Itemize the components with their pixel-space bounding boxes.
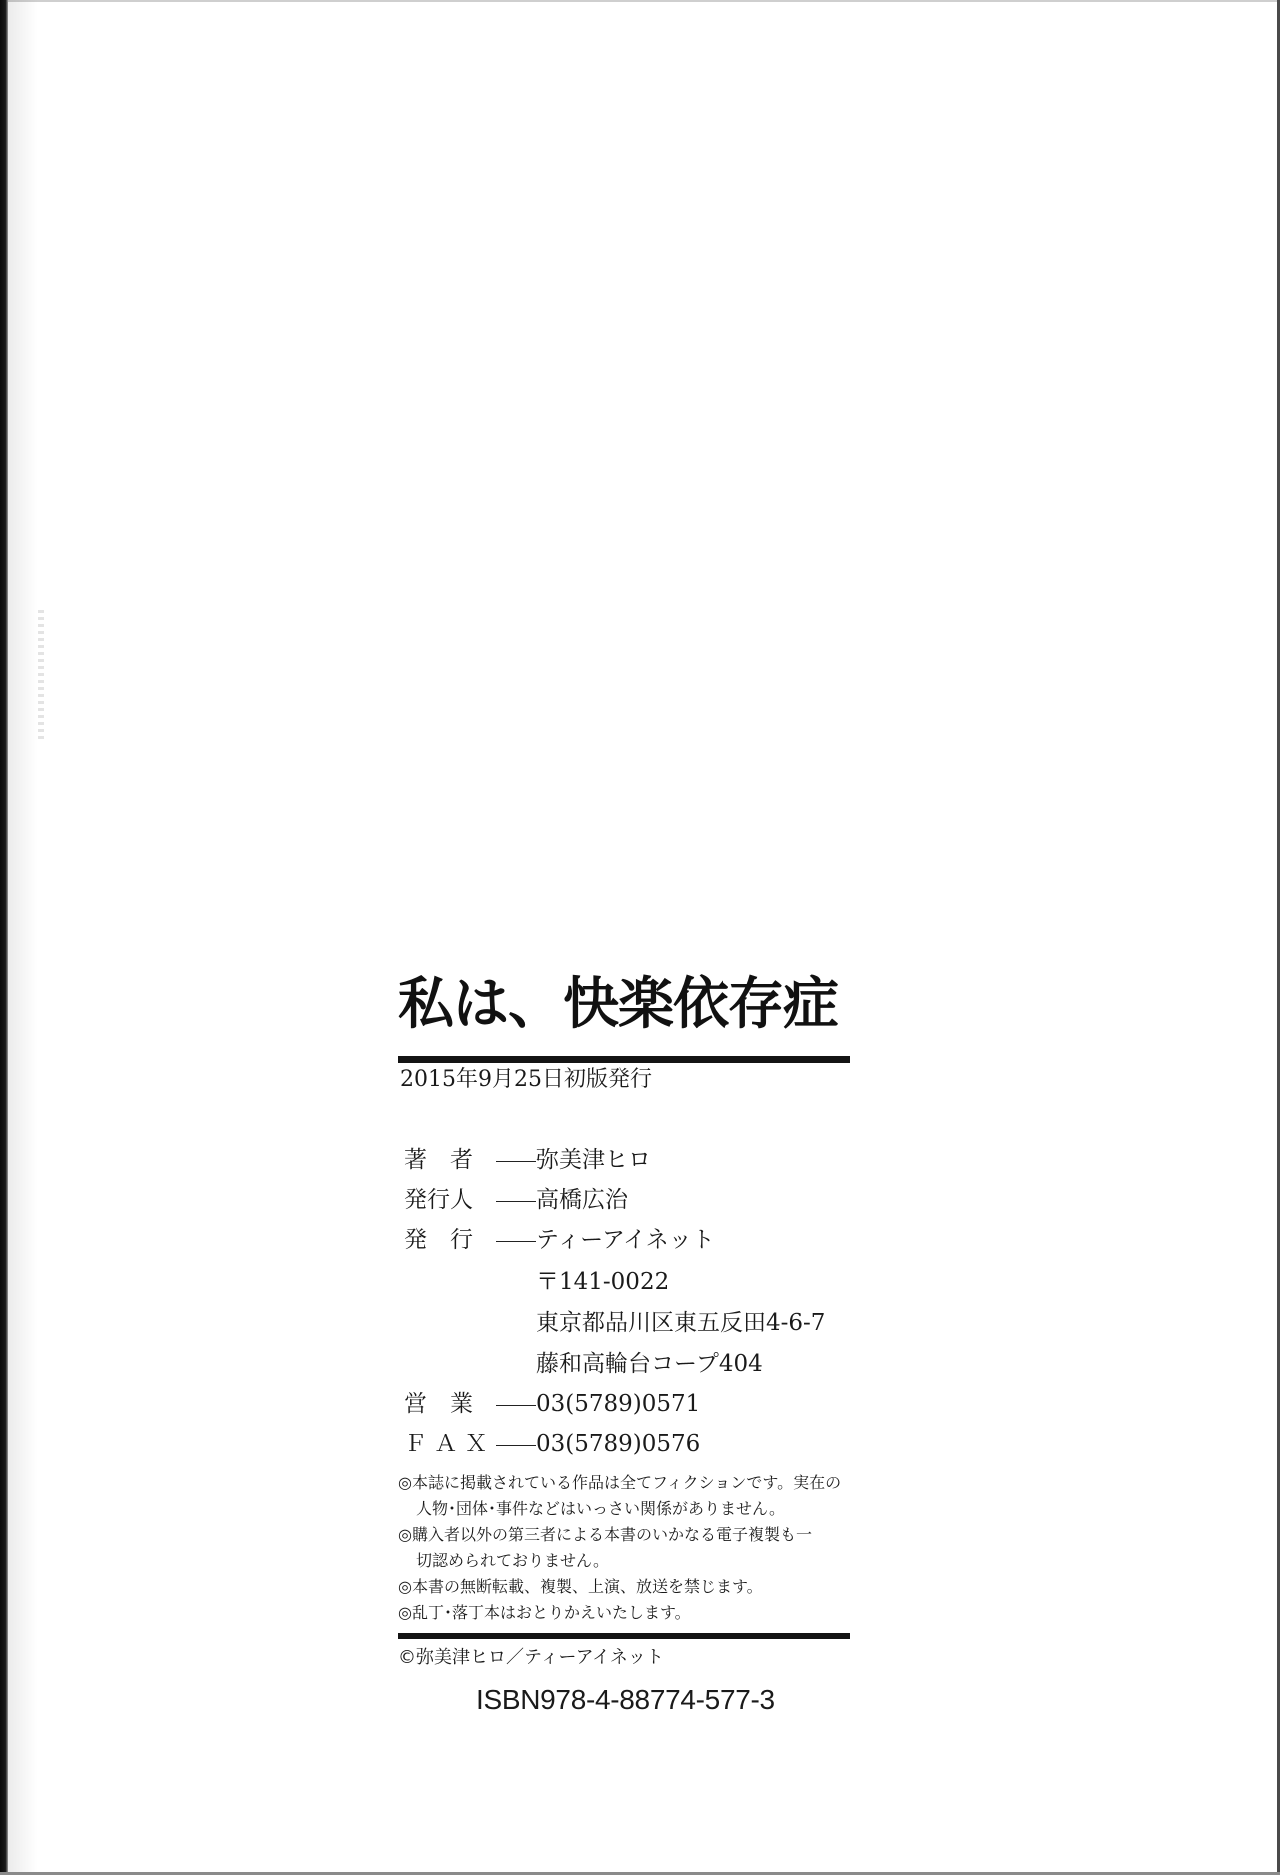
isbn: ISBN978-4-88774-577-3 — [476, 1684, 775, 1716]
credit-value: ティーアイネット — [536, 1226, 715, 1254]
contact-row-sales: 営 業03(5789)0571 — [404, 1390, 700, 1418]
credit-row-author: 著 者弥美津ヒロ — [404, 1146, 651, 1174]
copyright-line: ©弥美津ヒロ／ティーアイネット — [398, 1646, 664, 1670]
address-line-1: 東京都品川区東五反田4-6-7 — [404, 1309, 825, 1337]
notice-text-continued: 切認められておりません。 — [398, 1548, 850, 1574]
binding-shadow — [8, 0, 38, 1875]
notice-defects: ◎乱丁･落丁本はおとりかえいたします。 — [398, 1600, 850, 1626]
credit-value: 弥美津ヒロ — [536, 1146, 651, 1174]
postal-code: 〒141-0022 — [536, 1268, 669, 1296]
page-edge-top — [0, 0, 1280, 2]
notice-text: ◎乱丁･落丁本はおとりかえいたします。 — [398, 1603, 691, 1622]
contact-value: 03(5789)0571 — [536, 1390, 700, 1418]
legal-notices: ◎本誌に掲載されている作品は全てフィクションです。実在の 人物･団体･事件などは… — [398, 1470, 850, 1626]
footer-rule — [398, 1633, 850, 1639]
credit-label: 発行人 — [404, 1186, 496, 1214]
credit-row-publisher: 発 行ティーアイネット — [404, 1226, 715, 1254]
notice-reproduction: ◎本書の無断転載、複製、上演、放送を禁じます。 — [398, 1574, 850, 1600]
page-edge-binding — [0, 0, 8, 1875]
credit-label: 著 者 — [404, 1146, 496, 1174]
contact-value: 03(5789)0576 — [536, 1430, 700, 1458]
leader-dash — [496, 1161, 536, 1162]
address-line-2: 藤和高輪台コープ404 — [404, 1350, 763, 1378]
contact-label: 営 業 — [404, 1390, 496, 1418]
scan-artifact — [38, 610, 44, 740]
notice-text-continued: 人物･団体･事件などはいっさい関係がありません。 — [398, 1496, 850, 1522]
address-text: 藤和高輪台コープ404 — [536, 1350, 763, 1378]
leader-dash — [496, 1241, 536, 1242]
publication-date: 2015年9月25日初版発行 — [400, 1066, 652, 1094]
leader-dash — [496, 1201, 536, 1202]
notice-text: ◎購入者以外の第三者による本書のいかなる電子複製も一 — [398, 1525, 812, 1544]
credit-row-publisher-person: 発行人高橋広治 — [404, 1186, 628, 1214]
credit-label: 発 行 — [404, 1226, 496, 1254]
contact-row-fax: Ｆ Ａ Ｘ03(5789)0576 — [404, 1430, 700, 1458]
notice-electronic-copy: ◎購入者以外の第三者による本書のいかなる電子複製も一 切認められておりません。 — [398, 1522, 850, 1574]
notice-text: ◎本書の無断転載、複製、上演、放送を禁じます。 — [398, 1577, 763, 1596]
leader-dash — [496, 1405, 536, 1406]
notice-fiction: ◎本誌に掲載されている作品は全てフィクションです。実在の 人物･団体･事件などは… — [398, 1470, 850, 1522]
leader-dash — [496, 1445, 536, 1446]
notice-text: ◎本誌に掲載されている作品は全てフィクションです。実在の — [398, 1473, 841, 1492]
address-text: 東京都品川区東五反田4-6-7 — [536, 1309, 825, 1337]
contact-label: Ｆ Ａ Ｘ — [404, 1430, 496, 1458]
address-postal-code: 〒141-0022 — [404, 1268, 669, 1296]
credit-value: 高橋広治 — [536, 1186, 628, 1214]
book-title: 私は、快楽依存症 — [398, 972, 858, 1036]
title-rule — [398, 1056, 850, 1063]
